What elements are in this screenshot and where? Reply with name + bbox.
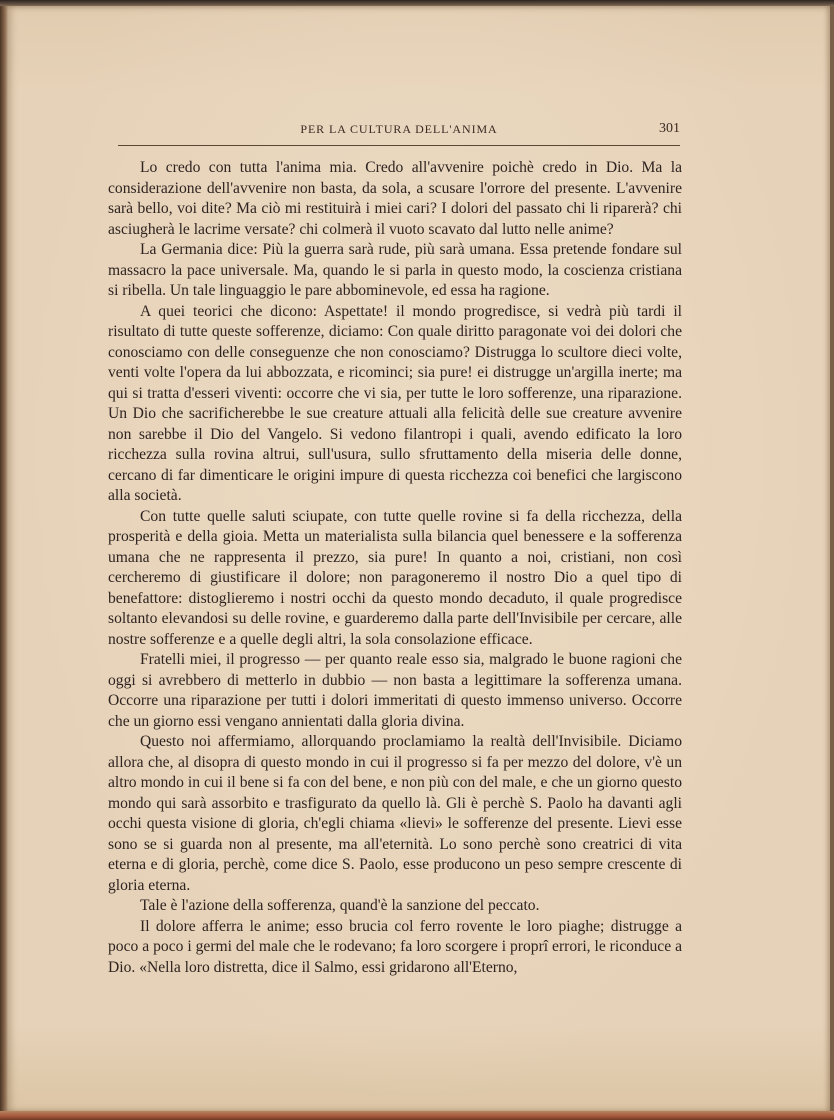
header-rule [118,145,680,146]
paragraph: La Germania dice: Più la guerra sarà rud… [108,240,682,302]
page-spine-shadow [0,6,8,1112]
running-title: PER LA CULTURA DELL'ANIMA [118,122,680,137]
paragraph: A quei teorici che dicono: Aspettate! il… [108,302,682,507]
paragraph: Con tutte quelle saluti sciupate, con tu… [108,507,682,651]
page-bottom-edge [0,1111,834,1120]
paragraph: Tale è l'azione della sofferenza, quand'… [108,896,682,917]
running-header: PER LA CULTURA DELL'ANIMA 301 [118,122,680,146]
paragraph: Lo credo con tutta l'anima mia. Credo al… [108,158,682,240]
paragraph: Questo noi affermiamo, allorquando procl… [108,732,682,896]
page-number: 301 [659,121,680,137]
body-text: Lo credo con tutta l'anima mia. Credo al… [108,158,682,978]
paragraph: Fratelli miei, il progresso — per quanto… [108,650,682,732]
page-right-edge [830,6,834,1112]
paragraph: Il dolore afferra le anime; esso brucia … [108,917,682,979]
